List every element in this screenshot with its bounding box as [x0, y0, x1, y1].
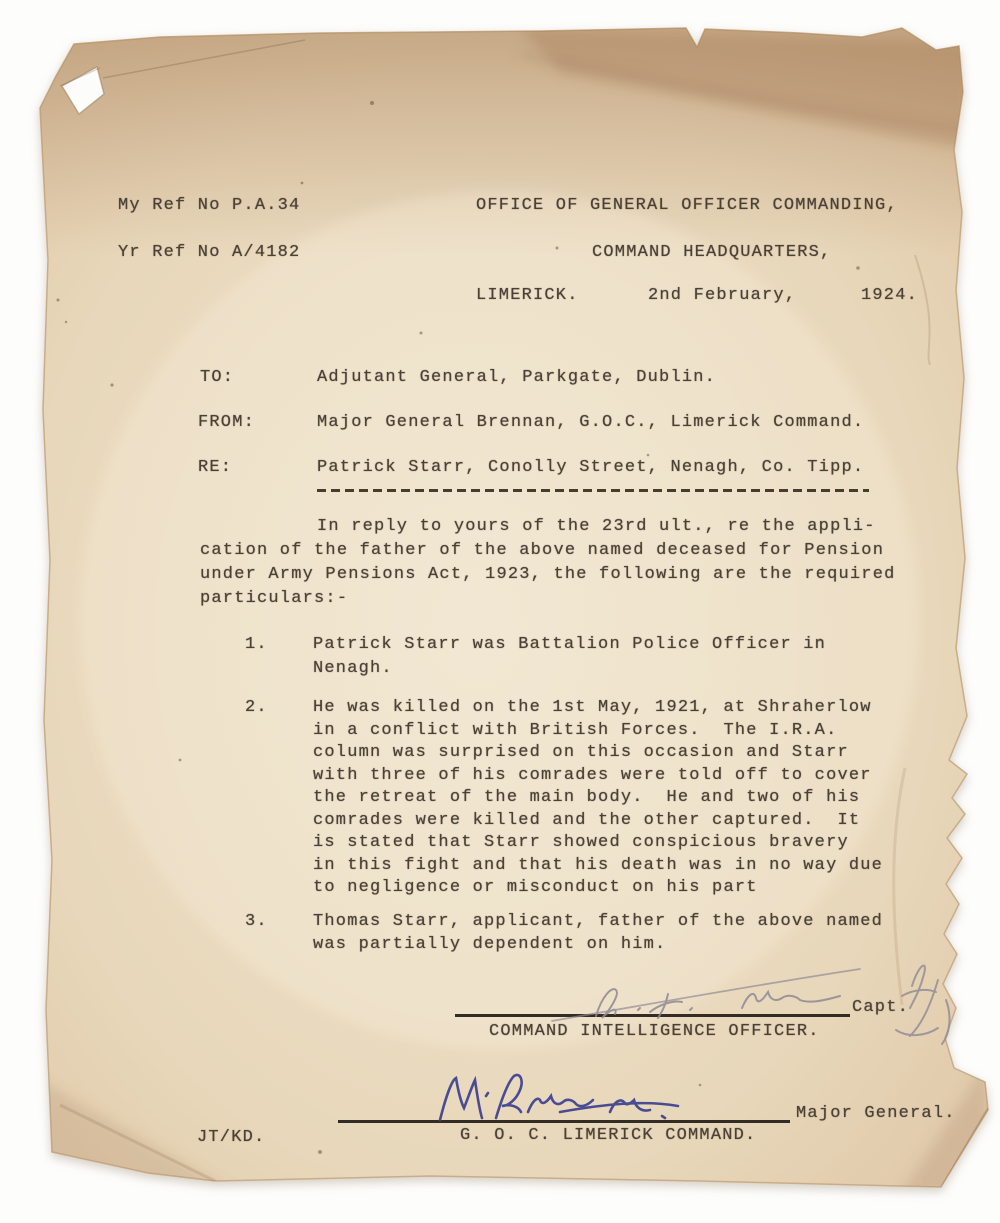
intel-signature-scrawl: [552, 969, 860, 1021]
pencil-annotation-scrawl: [896, 965, 949, 1044]
document-scan: My Ref No P.A.34 Yr Ref No A/4182 OFFICE…: [0, 0, 1000, 1223]
goc-signature-scrawl: [440, 1075, 678, 1120]
pencil-signature-overlay: [0, 0, 1000, 1223]
